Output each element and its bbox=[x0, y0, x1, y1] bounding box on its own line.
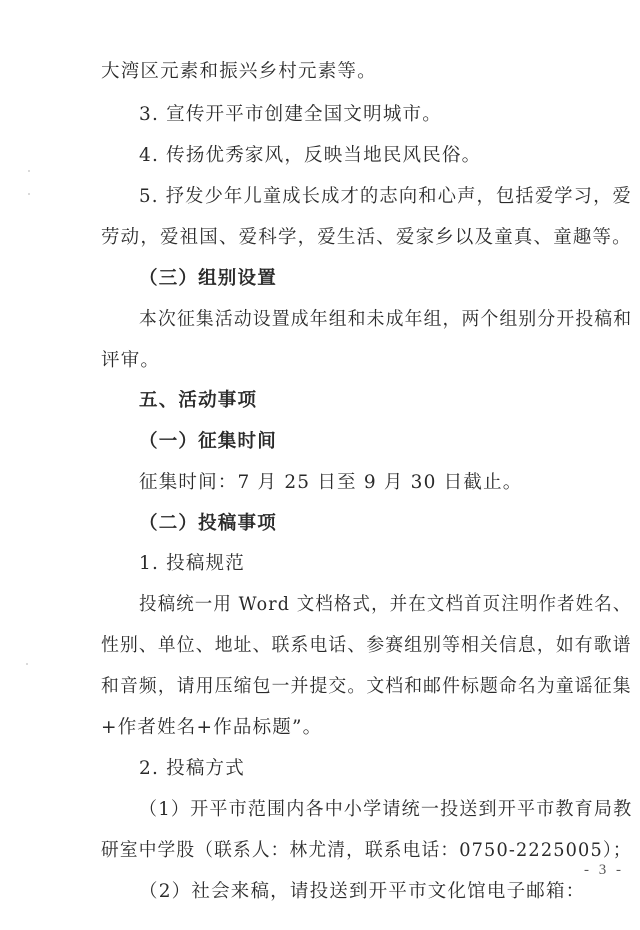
scan-speck bbox=[28, 193, 30, 195]
document-page: 大湾区元素和振兴乡村元素等。3. 宣传开平市创建全国文明城市。4. 传扬优秀家风… bbox=[0, 0, 640, 930]
section-heading: （一）征集时间 bbox=[139, 430, 277, 454]
text-line: 5. 抒发少年儿童成长成才的志向和心声，包括爱学习，爱 bbox=[139, 185, 632, 209]
text-line: 4. 传扬优秀家风，反映当地民风民俗。 bbox=[139, 144, 481, 168]
scan-speck bbox=[28, 170, 30, 172]
text-line: （1）开平市范围内各中小学请统一投送到开平市教育局教 bbox=[139, 798, 632, 822]
page-number: - 3 - bbox=[584, 862, 624, 879]
scan-speck bbox=[26, 663, 28, 665]
text-line: +作者姓名+作品标题”。 bbox=[101, 716, 322, 740]
text-line: （2）社会来稿，请投送到开平市文化馆电子邮箱： bbox=[139, 880, 585, 904]
text-line: 大湾区元素和振兴乡村元素等。 bbox=[101, 60, 377, 84]
section-heading: （二）投稿事项 bbox=[139, 512, 277, 536]
text-line: 评审。 bbox=[101, 349, 160, 373]
text-line: 1. 投稿规范 bbox=[139, 552, 245, 576]
text-line: 3. 宣传开平市创建全国文明城市。 bbox=[139, 103, 442, 127]
text-line: 研室中学股（联系人：林尤清，联系电话：0750-2225005）； bbox=[101, 839, 632, 863]
text-line: 性别、单位、地址、联系电话、参赛组别等相关信息，如有歌谱 bbox=[101, 634, 632, 658]
section-heading: 五、活动事项 bbox=[139, 389, 257, 413]
section-heading: （三）组别设置 bbox=[139, 267, 277, 291]
text-line: 征集时间：7 月 25 日至 9 月 30 日截止。 bbox=[139, 471, 523, 495]
text-line: 劳动，爱祖国、爱科学，爱生活、爱家乡以及童真、童趣等。 bbox=[101, 226, 632, 250]
text-line: 投稿统一用 Word 文档格式，并在文档首页注明作者姓名、 bbox=[139, 593, 631, 617]
text-line: 本次征集活动设置成年组和未成年组，两个组别分开投稿和 bbox=[139, 308, 632, 332]
text-line: 和音频，请用压缩包一并提交。文档和邮件标题命名为童谣征集 bbox=[101, 675, 632, 699]
text-line: 2. 投稿方式 bbox=[139, 757, 245, 781]
